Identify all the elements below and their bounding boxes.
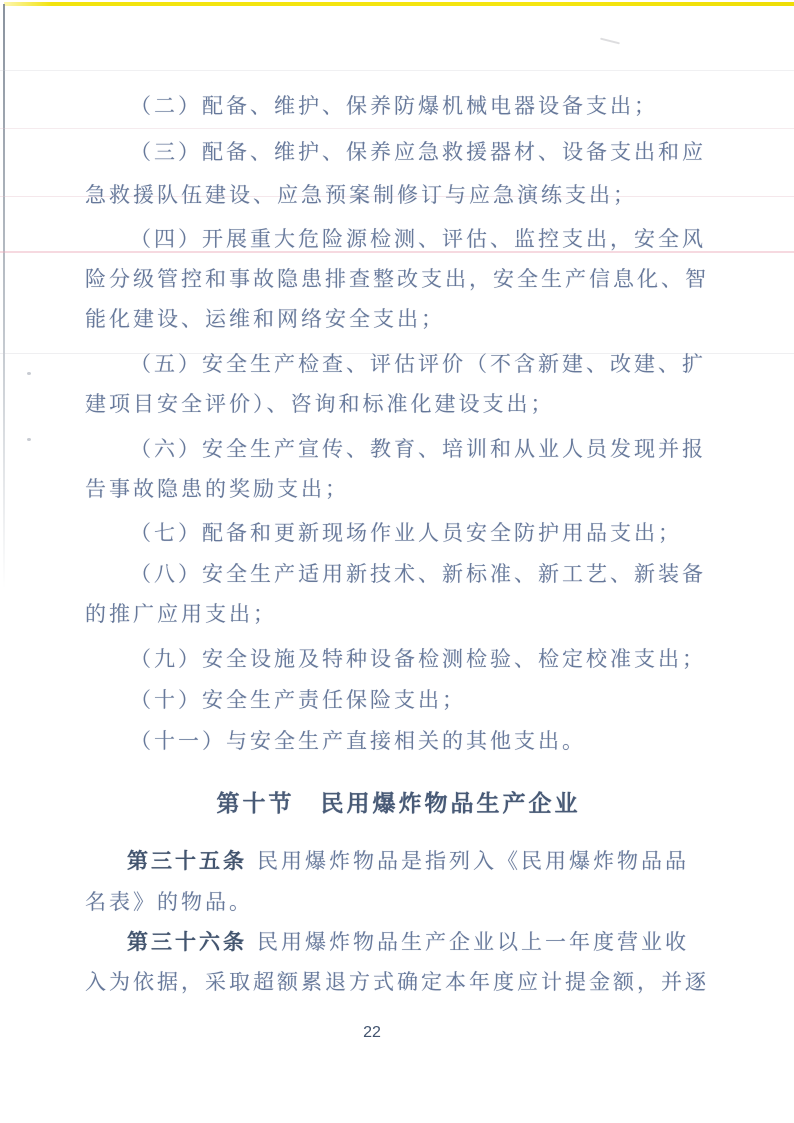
list-item: （七）配备和更新现场作业人员安全防护用品支出； <box>130 520 682 546</box>
section-heading: 第十节 民用爆炸物品生产企业 <box>85 785 712 818</box>
list-item-cont: 建项目安全评价）、咨询和标准化建设支出； <box>85 391 555 417</box>
scan-artifact-speck <box>27 372 31 375</box>
article-35-line1: 第三十五条民用爆炸物品是指列入《民用爆炸物品品 <box>127 848 689 875</box>
list-item: （八）安全生产适用新技术、新标准、新工艺、新装备 <box>130 561 706 587</box>
article-36-text: 民用爆炸物品生产企业以上一年度营业收 <box>257 930 689 954</box>
list-item-cont: 险分级管控和事故隐患排查整改支出，安全生产信息化、智 <box>85 266 709 292</box>
scan-artifact-smudge <box>600 38 620 45</box>
scan-artifact-speck <box>27 438 31 441</box>
list-item: （九）安全设施及特种设备检测检验、检定校准支出； <box>130 646 706 672</box>
list-item: （十一）与安全生产直接相关的其他支出。 <box>130 728 586 754</box>
article-35-line2: 名表》的物品。 <box>85 889 253 915</box>
document-page: （二）配备、维护、保养防爆机械电器设备支出； （三）配备、维护、保养应急救援器材… <box>0 0 794 1123</box>
article-35-text: 民用爆炸物品是指列入《民用爆炸物品品 <box>257 849 689 873</box>
list-item-cont: 的推广应用支出； <box>85 601 277 627</box>
list-item: （三）配备、维护、保养应急救援器材、设备支出和应 <box>130 139 706 165</box>
list-item: （二）配备、维护、保养防爆机械电器设备支出； <box>130 93 658 119</box>
page-number: 22 <box>340 1024 404 1042</box>
scan-artifact-line <box>0 128 794 129</box>
scan-artifact-left-edge <box>3 4 5 589</box>
list-item-cont: 急救援队伍建设、应急预案制修订与应急演练支出； <box>85 182 637 208</box>
list-item-cont: 能化建设、运维和网络安全支出； <box>85 306 445 332</box>
article-35-label: 第三十五条 <box>127 850 247 873</box>
scan-artifact-top-edge <box>4 2 794 6</box>
scan-artifact-line <box>0 70 794 71</box>
list-item: （六）安全生产宣传、教育、培训和从业人员发现并报 <box>130 436 706 462</box>
list-item: （十）安全生产责任保险支出； <box>130 687 466 713</box>
article-36-label: 第三十六条 <box>127 931 247 954</box>
list-item: （四）开展重大危险源检测、评估、监控支出，安全风 <box>130 226 706 252</box>
article-36-line2: 入为依据，采取超额累退方式确定本年度应计提金额，并逐 <box>85 969 709 995</box>
list-item-cont: 告事故隐患的奖励支出； <box>85 476 349 502</box>
list-item: （五）安全生产检查、评估评价（不含新建、改建、扩 <box>130 351 706 377</box>
article-36-line1: 第三十六条民用爆炸物品生产企业以上一年度营业收 <box>127 929 689 956</box>
